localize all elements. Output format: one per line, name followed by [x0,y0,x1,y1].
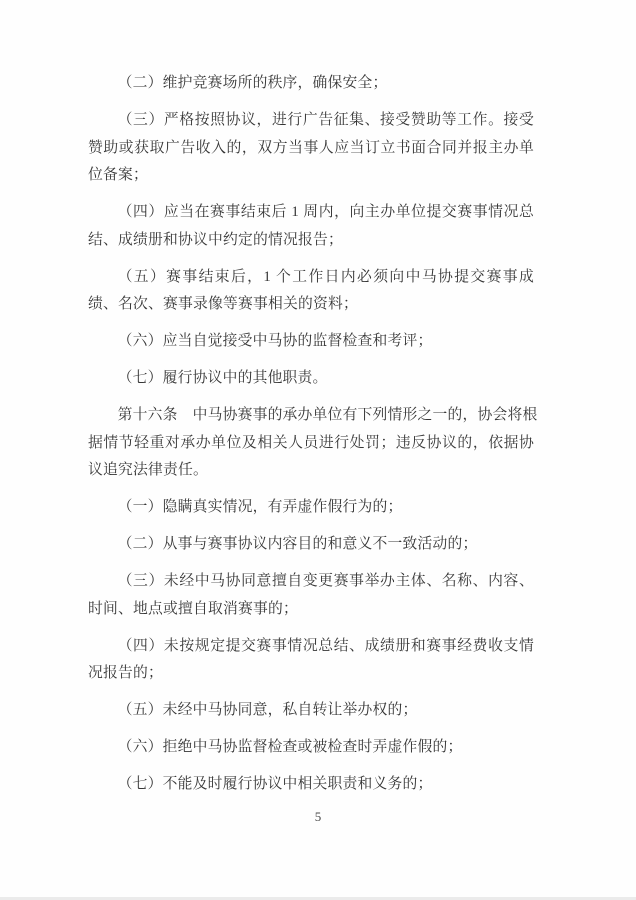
paragraph-violation-7: （七）不能及时履行协议中相关职责和义务的； [88,771,534,799]
paragraph-violation-3: （三）未经中马协同意擅自变更赛事举办主体、名称、内容、 时间、地点或擅自取消赛事… [88,568,534,623]
paragraph-item-5: （五）赛事结束后，1 个工作日内必须向中马协提交赛事成 绩、名次、赛事录像等赛事… [88,264,534,319]
text-line: （七）履行协议中的其他职责。 [88,365,534,393]
text-line: （三）未经中马协同意擅自变更赛事举办主体、名称、内容、 [88,568,534,596]
text-line: （四）应当在赛事结束后 1 周内，向主办单位提交赛事情况总 [88,199,534,227]
text-line: 况报告的； [88,660,534,688]
paragraph-item-7: （七）履行协议中的其他职责。 [88,365,534,393]
paragraph-item-3: （三）严格按照协议，进行广告征集、接受赞助等工作。接受 赞助或获取广告收入的，双… [88,107,534,190]
page-number: 5 [0,808,636,826]
paragraph-violation-4: （四）未按规定提交赛事情况总结、成绩册和赛事经费收支情 况报告的； [88,633,534,688]
paragraph-violation-2: （二）从事与赛事协议内容目的和意义不一致活动的； [88,531,534,559]
paragraph-violation-1: （一）隐瞒真实情况，有弄虚作假行为的； [88,494,534,522]
text-line: （二）维护竞赛场所的秩序，确保安全； [88,70,534,98]
paragraph-violation-5: （五）未经中马协同意，私自转让举办权的； [88,697,534,725]
document-page: （二）维护竞赛场所的秩序，确保安全； （三）严格按照协议，进行广告征集、接受赞助… [0,0,636,900]
text-line: （四）未按规定提交赛事情况总结、成绩册和赛事经费收支情 [88,633,534,661]
text-line: （六）应当自觉接受中马协的监督检查和考评； [88,328,534,356]
paragraph-violation-6: （六）拒绝中马协监督检查或被检查时弄虚作假的； [88,734,534,762]
text-line: 绩、名次、赛事录像等赛事相关的资料； [88,291,534,319]
text-line: （七）不能及时履行协议中相关职责和义务的； [88,771,534,799]
text-line: 时间、地点或擅自取消赛事的； [88,596,534,624]
text-line: （六）拒绝中马协监督检查或被检查时弄虚作假的； [88,734,534,762]
paragraph-item-2: （二）维护竞赛场所的秩序，确保安全； [88,70,534,98]
text-line: （二）从事与赛事协议内容目的和意义不一致活动的； [88,531,534,559]
document-body: （二）维护竞赛场所的秩序，确保安全； （三）严格按照协议，进行广告征集、接受赞助… [88,70,534,808]
paragraph-item-6: （六）应当自觉接受中马协的监督检查和考评； [88,328,534,356]
text-line: 据情节轻重对承办单位及相关人员进行处罚；违反协议的，依据协 [88,430,534,458]
paragraph-article-16: 第十六条 中马协赛事的承办单位有下列情形之一的，协会将根 据情节轻重对承办单位及… [88,402,534,485]
text-line: 第十六条 中马协赛事的承办单位有下列情形之一的，协会将根 [88,402,534,430]
text-line: （五）未经中马协同意，私自转让举办权的； [88,697,534,725]
text-line: 位备案； [88,162,534,190]
text-line: 结、成绩册和协议中约定的情况报告； [88,227,534,255]
text-line: 议追究法律责任。 [88,457,534,485]
text-line: 赞助或获取广告收入的，双方当事人应当订立书面合同并报主办单 [88,135,534,163]
text-line: （五）赛事结束后，1 个工作日内必须向中马协提交赛事成 [88,264,534,292]
text-line: （一）隐瞒真实情况，有弄虚作假行为的； [88,494,534,522]
paragraph-item-4: （四）应当在赛事结束后 1 周内，向主办单位提交赛事情况总 结、成绩册和协议中约… [88,199,534,254]
text-line: （三）严格按照协议，进行广告征集、接受赞助等工作。接受 [88,107,534,135]
